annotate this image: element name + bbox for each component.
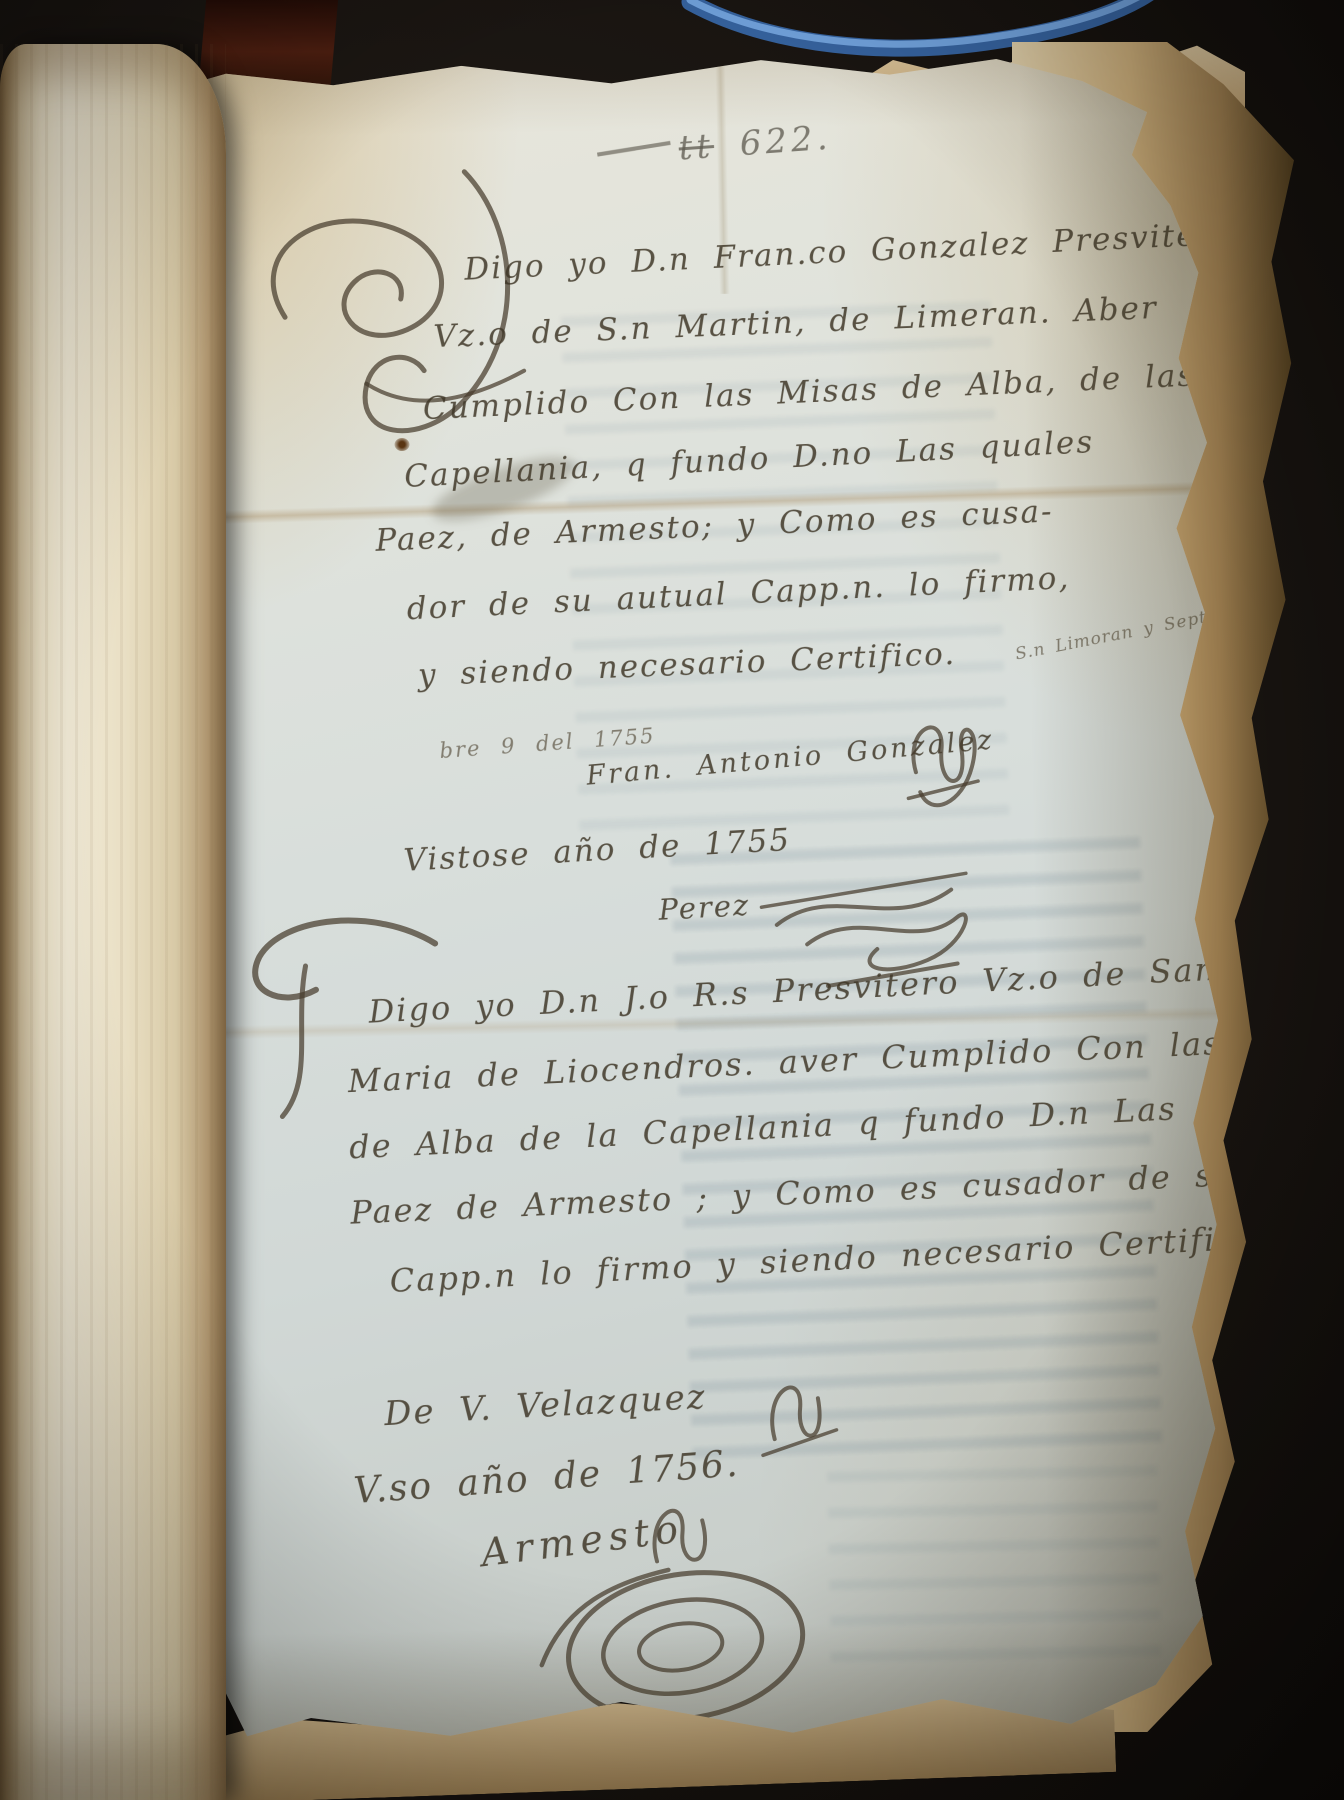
strike-line — [597, 141, 671, 157]
rubric-stroke — [776, 890, 952, 925]
visto-line: Vistose año de 1755 — [403, 822, 792, 879]
rubric-underline — [908, 781, 978, 798]
left-pages-texture — [0, 44, 226, 1800]
rubric-stroke — [807, 914, 967, 970]
velazquez-rubric-icon — [753, 1360, 845, 1472]
rubric-stroke — [761, 873, 967, 907]
attestation-line: De V. Velazquez — [383, 1377, 707, 1434]
manuscript-line: Digo yo D.n Fran.co Gonzalez Presvitero, — [463, 215, 1246, 288]
manuscript-line: dor de su autual Capp.n. lo firmo, — [406, 560, 1071, 627]
rubric-ellipse — [596, 1589, 769, 1705]
folio-strike-mark: tt — [677, 126, 715, 168]
initial-tail-stroke — [280, 966, 309, 1116]
rubric-ellipse — [636, 1618, 726, 1677]
folio-number: tt 622. — [596, 118, 833, 175]
photo-of-manuscript: tt 622. Digo yo D.n Fran.co Gonzalez Pre… — [0, 0, 1344, 1800]
rubric-stroke — [772, 1387, 821, 1439]
initial-spiral-stroke — [272, 219, 442, 337]
manuscript-page: tt 622. Digo yo D.n Fran.co Gonzalez Pre… — [140, 34, 1242, 1754]
verso-bleed-through — [827, 1456, 1161, 1662]
manuscript-line: Capp.n lo firmo y siendo necesario Certi… — [389, 1218, 1270, 1300]
manuscript-line: Paez de Armesto ; y Como es cusador de s… — [350, 1149, 1344, 1232]
manuscript-line: de Alba de la Capellania q fundo D.n Las… — [348, 1084, 1291, 1166]
folio-number-text: 622. — [738, 118, 832, 164]
initial-sweep-stroke — [254, 919, 436, 998]
signature-rubric-icon — [901, 701, 983, 823]
signature-perez: Perez — [658, 888, 751, 927]
manuscript-line: y siendo necesario Certifico. — [417, 636, 957, 694]
